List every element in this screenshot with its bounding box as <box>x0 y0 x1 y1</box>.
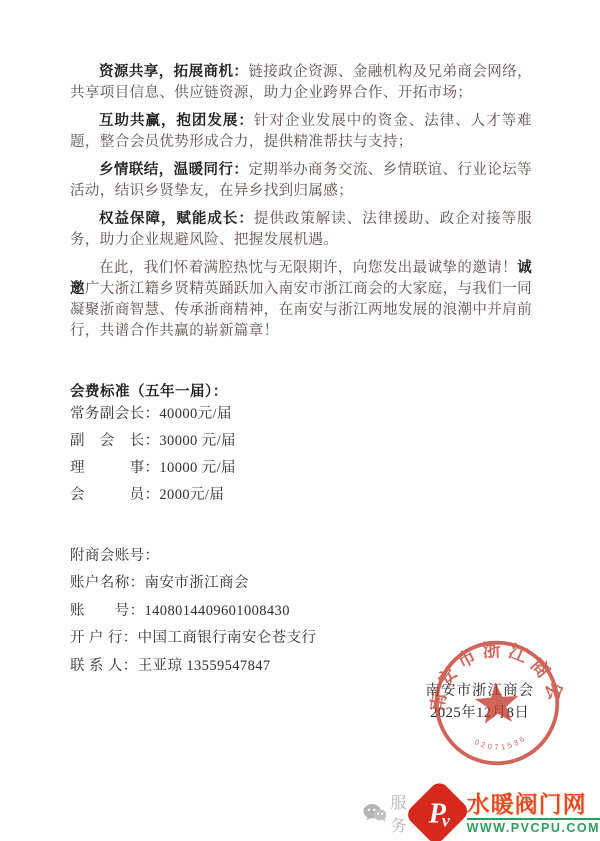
account-number-row: 账 号：1408014409601008430 <box>70 598 532 626</box>
fee-row-director: 理 事：10000 元/届 <box>70 455 532 482</box>
paragraph-resource-sharing: 资源共享，拓展商机：链接政企资源、金融机构及兄弟商会网络，共享项目信息、供应链资… <box>70 62 532 104</box>
document-page: 资源共享，拓展商机：链接政企资源、金融机构及兄弟商会网络，共享项目信息、供应链资… <box>0 0 600 841</box>
fee-row-vice-president: 副 会 长：30000 元/届 <box>70 428 532 455</box>
account-label: 账 号： <box>70 603 145 619</box>
fee-label: 理 事： <box>70 460 159 476</box>
fee-standard-title: 会费标准（五年一届）： <box>70 380 532 401</box>
paragraph-heading: 互助共赢，抱团发展： <box>99 113 254 129</box>
account-name-row: 账户名称：南安市浙江商会 <box>70 570 532 598</box>
fee-value: 2000元/届 <box>159 487 224 503</box>
fee-label: 会 员： <box>70 487 159 503</box>
site-url: WWW.PVCPU.COM <box>467 818 600 835</box>
wechat-icon <box>363 802 386 824</box>
invitation-lead: 在此，我们怀着满腔热忱与无限期许，向您发出最诚挚的邀请！ <box>99 260 517 276</box>
fee-label: 副 会 长： <box>70 433 159 449</box>
seal-number: 02071536 <box>472 732 529 753</box>
paragraph-mutual-win: 互助共赢，抱团发展：针对企业发展中的资金、法律、人才等难题，整合会员优势形成合力… <box>70 111 532 153</box>
account-label: 开 户 行： <box>70 630 138 646</box>
account-section-title: 附商会账号： <box>70 543 532 570</box>
fee-standard-section: 会费标准（五年一届）： 常务副会长：40000元/届 副 会 长：30000 元… <box>70 380 532 509</box>
pvcpu-logo-letters: Pv <box>415 790 465 840</box>
account-value: 中国工商银行南安仑苍支行 <box>138 630 317 646</box>
fee-value: 30000 元/届 <box>159 433 236 449</box>
site-title-block: 水暖阀门网 WWW.PVCPU.COM <box>467 792 600 835</box>
fee-label: 常务副会长： <box>70 406 159 422</box>
fee-row-executive-vice-president: 常务副会长：40000元/届 <box>70 401 532 428</box>
paragraph-heading: 权益保障，赋能成长： <box>99 211 254 227</box>
account-value: 1408014409601008430 <box>145 603 290 619</box>
account-label: 联 系 人： <box>70 658 138 674</box>
account-value: 南安市浙江商会 <box>145 575 249 591</box>
paragraph-invitation: 在此，我们怀着满腔热忱与无限期许，向您发出最诚挚的邀请！诚邀广大浙江籍乡贤精英踊… <box>70 258 532 342</box>
contact-person-row: 联 系 人：王亚琼 13559547847 <box>70 653 532 681</box>
fee-row-member: 会 员：2000元/届 <box>70 482 532 509</box>
footer-watermark: 服务 Pv 水暖阀门网 WWW.PVCPU.COM <box>363 786 600 840</box>
paragraph-heading: 乡情联结，温暖同行： <box>99 162 248 178</box>
account-label: 账户名称： <box>70 575 145 591</box>
paragraph-rights-protection: 权益保障，赋能成长：提供政策解读、法律援助、政企对接等服务，助力企业规避风险、把… <box>70 209 532 251</box>
site-name: 水暖阀门网 <box>467 792 600 816</box>
signature-block: 南安市浙江商会 2025年12月8日 <box>426 680 535 724</box>
account-value: 王亚琼 13559547847 <box>138 658 271 674</box>
fee-value: 10000 元/届 <box>159 460 236 476</box>
document-body: 资源共享，拓展商机：链接政企资源、金融机构及兄弟商会网络，共享项目信息、供应链资… <box>70 62 532 680</box>
invitation-rest: 广大浙江籍乡贤精英踊跃加入南安市浙江商会的大家庭，与我们一同凝聚浙商智慧、传承浙… <box>70 281 532 339</box>
signature-organization: 南安市浙江商会 <box>426 680 535 702</box>
account-section: 附商会账号： 账户名称：南安市浙江商会 账 号：1408014409601008… <box>70 543 532 680</box>
svg-text:02071536: 02071536 <box>472 732 529 753</box>
bank-branch-row: 开 户 行：中国工商银行南安仑苍支行 <box>70 625 532 653</box>
logo-letter-v: v <box>442 812 450 830</box>
pvcpu-logo: Pv <box>404 779 471 841</box>
paragraph-hometown-bond: 乡情联结，温暖同行：定期举办商务交流、乡情联谊、行业论坛等活动，结识乡贤挚友，在… <box>70 160 532 202</box>
signature-date: 2025年12月8日 <box>426 702 535 724</box>
fee-value: 40000元/届 <box>159 406 231 422</box>
paragraph-heading: 资源共享，拓展商机： <box>99 64 248 80</box>
